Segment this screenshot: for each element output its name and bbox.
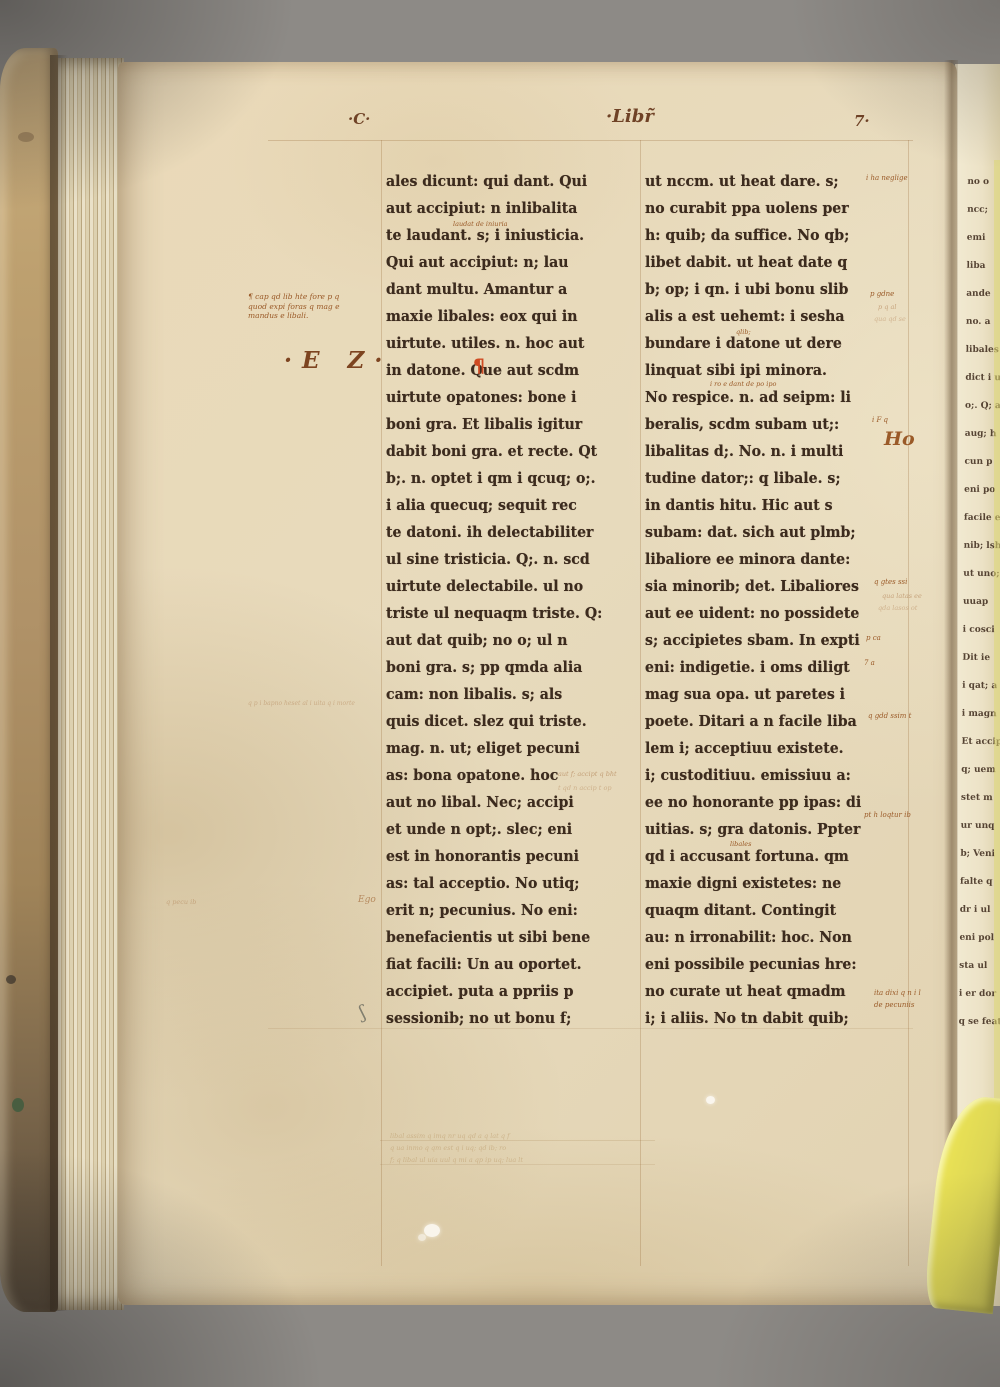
- manuscript-line: maxie libales: eox qui in: [386, 303, 640, 330]
- right-margin-note: de pecuniis: [874, 1001, 914, 1009]
- manuscript-line: uirtute opatones: bone i: [386, 384, 640, 411]
- manuscript-line: aut dat quib; no o; ul n: [386, 627, 640, 654]
- right-margin-note: i F q: [872, 416, 888, 424]
- manuscript-line: dabit boni gra. et recte. Qt: [386, 438, 640, 465]
- manuscript-line: no curabit ppa uolens per: [645, 195, 906, 222]
- manuscript-line: mag sua opa. ut paretes i: [645, 681, 906, 708]
- manuscript-line: eni possibile pecunias hre:: [645, 951, 906, 978]
- manuscript-line: boni gra. Et libalis igitur: [386, 411, 640, 438]
- manuscript-line: libet dabit. ut heat date q: [645, 249, 906, 276]
- manuscript-line: ales dicunt: qui dant. Qui: [386, 168, 640, 195]
- manuscript-line: quis dicet. slez qui triste.: [386, 708, 640, 735]
- right-margin-note: qda lasos ot: [878, 604, 917, 612]
- manuscript-line: te datoni. ih delectabiliter: [386, 519, 640, 546]
- manuscript-line: te laudant. s; i iniusticia.: [386, 222, 640, 249]
- text-column-left: ales dicunt: qui dant. Quiaut accipiut: …: [386, 168, 640, 1032]
- interlinear-gloss: libales: [730, 840, 751, 848]
- right-margin-note: q gdd ssim t: [868, 712, 911, 720]
- manuscript-line: bundare i datone ut dere: [645, 330, 906, 357]
- header-ruling-line: [268, 140, 913, 141]
- manuscript-line: sia minorib; det. Libaliores: [645, 573, 906, 600]
- manuscript-page: ·C· ·Libr̃ 7· ales dicunt: qui dant. Qui…: [118, 62, 957, 1305]
- faded-margin-scribble: q pecu ib: [166, 898, 196, 906]
- interlinear-gloss: i ro e dant de po ipo: [710, 380, 776, 388]
- manuscript-line: aut ee uident: no possidete: [645, 600, 906, 627]
- parchment-hole-spot: [418, 1234, 426, 1241]
- next-page-line: q se feat: [958, 1008, 998, 1036]
- red-pilcrow-mark: ¶: [473, 355, 485, 377]
- bottom-gloss-line: q ua inmo q qm est q i uq; qd ib; ro: [390, 1142, 523, 1154]
- faded-margin-scribble: q p i bapno heset al i uita q i morte: [248, 700, 355, 707]
- manuscript-line: b; op; i qn. i ubi bonu slib: [645, 276, 906, 303]
- bottom-gloss-line: f; q libal ul uia uul q mi a qp ip uq; l…: [390, 1154, 523, 1166]
- manuscript-line: uirtute delectabile. ul no: [386, 573, 640, 600]
- dark-stain-on-spine: [6, 975, 16, 984]
- manuscript-line: alis a est uehemt: i sesha: [645, 303, 906, 330]
- header-left-mark: ·C·: [348, 110, 370, 128]
- manuscript-line: sessionib; no ut bonu f;: [386, 1005, 640, 1032]
- manuscript-line: h: quib; da suffice. No qb;: [645, 222, 906, 249]
- right-margin-note: pt h loqtur ib: [864, 811, 911, 819]
- margin-mark-ego: Ego: [358, 895, 376, 905]
- next-page-line: i er dor: [959, 980, 999, 1008]
- right-margin-note: p ca: [866, 634, 881, 642]
- right-margin-note: p q al: [878, 303, 896, 311]
- manuscript-line: b;. n. optet i qm i qcuq; o;.: [386, 465, 640, 492]
- folio-number: 7·: [854, 112, 870, 130]
- right-margin-note: q gtes ssi: [874, 578, 907, 586]
- manuscript-line: maxie digni existetes: ne: [645, 870, 906, 897]
- center-bounding-line: [640, 140, 641, 1266]
- interlinear-gloss: laudat de iniuria: [453, 220, 508, 228]
- manuscript-line: aut no libal. Nec; accipi: [386, 789, 640, 816]
- manuscript-line: et unde n opt;. slec; eni: [386, 816, 640, 843]
- right-margin-note: qua latas ee: [882, 592, 922, 600]
- gutter-shadow: [50, 55, 68, 1311]
- manuscript-line: in datone. Que aut scdm: [386, 357, 640, 384]
- bottom-faded-gloss: libal assim q imq nr uq qd a q lat q f q…: [390, 1130, 523, 1166]
- manuscript-line: as: tal acceptio. No utiq;: [386, 870, 640, 897]
- manuscript-line: no curate ut heat qmadm: [645, 978, 906, 1005]
- right-margin-note: 7 a: [864, 659, 875, 667]
- manuscript-line: subam: dat. sich aut plmb;: [645, 519, 906, 546]
- interlinear-gloss: t qd n accip t op: [558, 784, 612, 792]
- manuscript-line: aut accipiut: n inlibalita: [386, 195, 640, 222]
- manuscript-line: accipiet. puta a ppriis p: [386, 978, 640, 1005]
- left-margin-annotation-line: quod expi foras q mag e: [248, 302, 340, 312]
- manuscript-line: beralis, scdm subam ut;:: [645, 411, 906, 438]
- green-stain-on-spine: [12, 1098, 24, 1112]
- manuscript-line: boni gra. s; pp qmda alia: [386, 654, 640, 681]
- manuscript-line: qd i accusant fortuna. qm: [645, 843, 906, 870]
- text-column-right: ut nccm. ut heat dare. s;no curabit ppa …: [645, 168, 906, 1032]
- manuscript-line: au: n irronabilit: hoc. Non: [645, 924, 906, 951]
- manuscript-line: libalitas d;. No. n. i multi: [645, 438, 906, 465]
- manuscript-line: ul sine tristicia. Q;. n. scd: [386, 546, 640, 573]
- manuscript-line: tudine dator;: q libale. s;: [645, 465, 906, 492]
- manuscript-line: cam: non libalis. s; als: [386, 681, 640, 708]
- right-margin-note: p gdne: [870, 290, 894, 298]
- interlinear-gloss: aut f; accipt q bht: [558, 770, 617, 778]
- manuscript-line: libaliore ee minora dante:: [645, 546, 906, 573]
- manuscript-line: est in honorantis pecuni: [386, 843, 640, 870]
- interlinear-gloss: qlib;: [736, 328, 751, 336]
- right-margin-note: ita dixi q n i l: [874, 989, 921, 997]
- left-bounding-line: [381, 140, 382, 1266]
- manuscript-line: fiat facili: Un au oportet.: [386, 951, 640, 978]
- manuscript-line: lem i; acceptiuu existete.: [645, 735, 906, 762]
- manuscript-line: uitias. s; gra datonis. Ppter: [645, 816, 906, 843]
- manuscript-line: triste ul nequaqm triste. Q:: [386, 600, 640, 627]
- right-margin-note: i ha neglige: [866, 174, 908, 182]
- header-book-title: ·Libr̃: [606, 106, 654, 127]
- wear-mark-on-spine: [18, 132, 34, 142]
- bottom-gloss-line: libal assim q imq nr uq qd a q lat q f: [390, 1130, 523, 1142]
- manuscript-line: mag. n. ut; eliget pecuni: [386, 735, 640, 762]
- yellow-fore-edge-line: [994, 160, 1000, 1110]
- photograph-of-manuscript: no oncc;emilibaandeno. alibalesdict i ui…: [0, 0, 1000, 1387]
- quire-mark: ·E Z·: [284, 347, 392, 374]
- left-margin-annotation: ¶ cap qd lib hte fore p q quod expi fora…: [248, 292, 340, 321]
- left-margin-annotation-line: mandus e libali.: [248, 311, 340, 321]
- pen-trial-doodle: ʃ: [357, 1002, 368, 1023]
- manuscript-line: in dantis hitu. Hic aut s: [645, 492, 906, 519]
- ho-flourish-mark: Ho: [884, 428, 915, 450]
- manuscript-line: i; custoditiuu. emissiuu a:: [645, 762, 906, 789]
- left-margin-annotation-line: ¶ cap qd lib hte fore p q: [248, 292, 340, 302]
- manuscript-line: No respice. n. ad seipm: li: [645, 384, 906, 411]
- manuscript-line: erit n; pecunius. No eni:: [386, 897, 640, 924]
- manuscript-line: dant multu. Amantur a: [386, 276, 640, 303]
- manuscript-line: benefacientis ut sibi bene: [386, 924, 640, 951]
- parchment-hole-spot: [424, 1224, 440, 1237]
- manuscript-line: Qui aut accipiut: n; lau: [386, 249, 640, 276]
- right-bounding-line: [908, 140, 909, 1266]
- manuscript-line: quaqm ditant. Contingit: [645, 897, 906, 924]
- manuscript-line: i alia quecuq; sequit rec: [386, 492, 640, 519]
- right-margin-note: qua qd se: [874, 315, 906, 323]
- manuscript-line: uirtute. utiles. n. hoc aut: [386, 330, 640, 357]
- manuscript-line: i; i aliis. No tn dabit quib;: [645, 1005, 906, 1032]
- parchment-hole-spot: [706, 1096, 715, 1104]
